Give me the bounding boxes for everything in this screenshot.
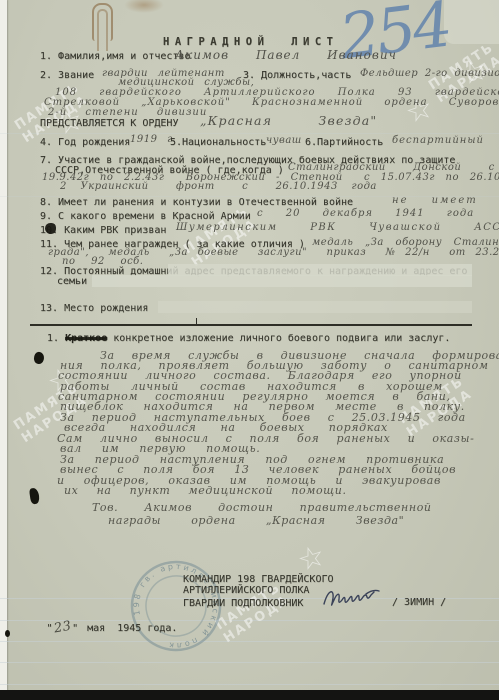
- star-watermark-icon: ☆: [294, 541, 329, 578]
- citation-heading-struck-word: Краткое: [65, 333, 107, 344]
- field-birthplace-label: 13. Место рождения: [40, 303, 148, 314]
- rust-smudge: [124, 0, 164, 13]
- field-party-label: 6.Партийность: [305, 137, 383, 148]
- citation-heading-number: 1.: [47, 333, 59, 344]
- scanline: [0, 684, 499, 685]
- field-wounds-label: 8. Имеет ли ранения и контузии в Отечест…: [40, 197, 353, 208]
- field-birth-year-label: 4. Год рождения: [40, 137, 130, 148]
- field-rank-label: 2. Звание: [40, 70, 94, 81]
- field-rvk-value: Шумерлинским РВК Чувашской АССР: [176, 222, 499, 233]
- date-open-quote: ": [47, 623, 53, 634]
- citation-heading-text: конкретное изложение личного боевого под…: [113, 333, 450, 344]
- field-name-label: 1. Фамилия,имя и отчество: [40, 51, 191, 62]
- scan-bottom-edge: [0, 690, 499, 700]
- field-home-address-label-2: семьи: [57, 276, 87, 287]
- unit-line-3: 2-й степени дивизии: [48, 107, 207, 118]
- field-position-label: 3. Должность,часть: [243, 70, 351, 81]
- citation-conclusion-1: Тов. Акимов достоин правительственной: [92, 501, 432, 514]
- sheet-number-handwritten: 254: [336, 0, 453, 73]
- scan-light-corner: [444, 0, 499, 44]
- document-title: НАГРАДНОЙ ЛИСТ: [163, 36, 339, 48]
- redaction-box: [158, 301, 472, 313]
- field-red-army-since-value: с 20 декабря 1941 года: [257, 208, 474, 219]
- field-party-value: беспартийный: [392, 135, 484, 146]
- field-rvk-label: 10. Каким РВК призван: [40, 225, 166, 236]
- field-position-value: Фельдшер 2-го дивизиона: [360, 68, 499, 79]
- date-day-handwritten: 23: [52, 619, 72, 637]
- commander-title-line-2: АРТИЛЛЕРИЙСКОГО ПОЛКА: [183, 585, 309, 596]
- signer-name: / ЗИМИН /: [392, 597, 446, 608]
- signature-scribble: [320, 586, 390, 612]
- ink-blot: [45, 223, 56, 234]
- ink-blot: [33, 351, 46, 365]
- citation-conclusion-2: награды ордена „Красная Звезда": [108, 514, 404, 527]
- commander-title-line-1: КОМАНДИР 198 ГВАРДЕЙСКОГО: [183, 574, 334, 585]
- signer-rank: ГВАРДИИ ПОДПОЛКОВНИК: [183, 598, 303, 609]
- field-wounds-value: не имеет: [392, 195, 478, 206]
- field-name-value: Акимов Павел Иванович: [175, 48, 397, 62]
- field-red-army-since-label: 9. С какого времени в Красной Армии: [40, 211, 251, 222]
- divider-tick: [196, 318, 197, 324]
- field-war-value-3: 2 Украинский фронт с 26.10.1943 года: [60, 181, 377, 192]
- field-nationality-value: чуваш: [266, 135, 302, 146]
- citation-line: их на пункт медицинской помощи.: [64, 484, 347, 497]
- scan-left-edge: [0, 0, 7, 700]
- paperclip-mark-inner: [97, 9, 108, 51]
- presented-to-order-value: „Красная Звезда": [200, 113, 377, 128]
- scanline: [0, 662, 499, 663]
- section-divider: [30, 324, 472, 326]
- date-line: "23"мая 1945 года.: [8, 597, 177, 654]
- redaction-box: [92, 275, 472, 287]
- citation-heading: 1. Краткое конкретное изложение личного …: [47, 333, 450, 344]
- presented-to-order-label: ПРЕДСТАВЛЯЕТСЯ К ОРДЕНУ: [40, 118, 178, 129]
- award-sheet-scan: ПАМЯТЬНАРОДА ПАМЯТЬНАРОДА ПАМЯТЬНАРОДА П…: [0, 0, 499, 700]
- ink-blot: [29, 487, 40, 504]
- field-nationality-label: 5.Национальность: [170, 137, 266, 148]
- date-text: мая 1945 года.: [87, 623, 177, 634]
